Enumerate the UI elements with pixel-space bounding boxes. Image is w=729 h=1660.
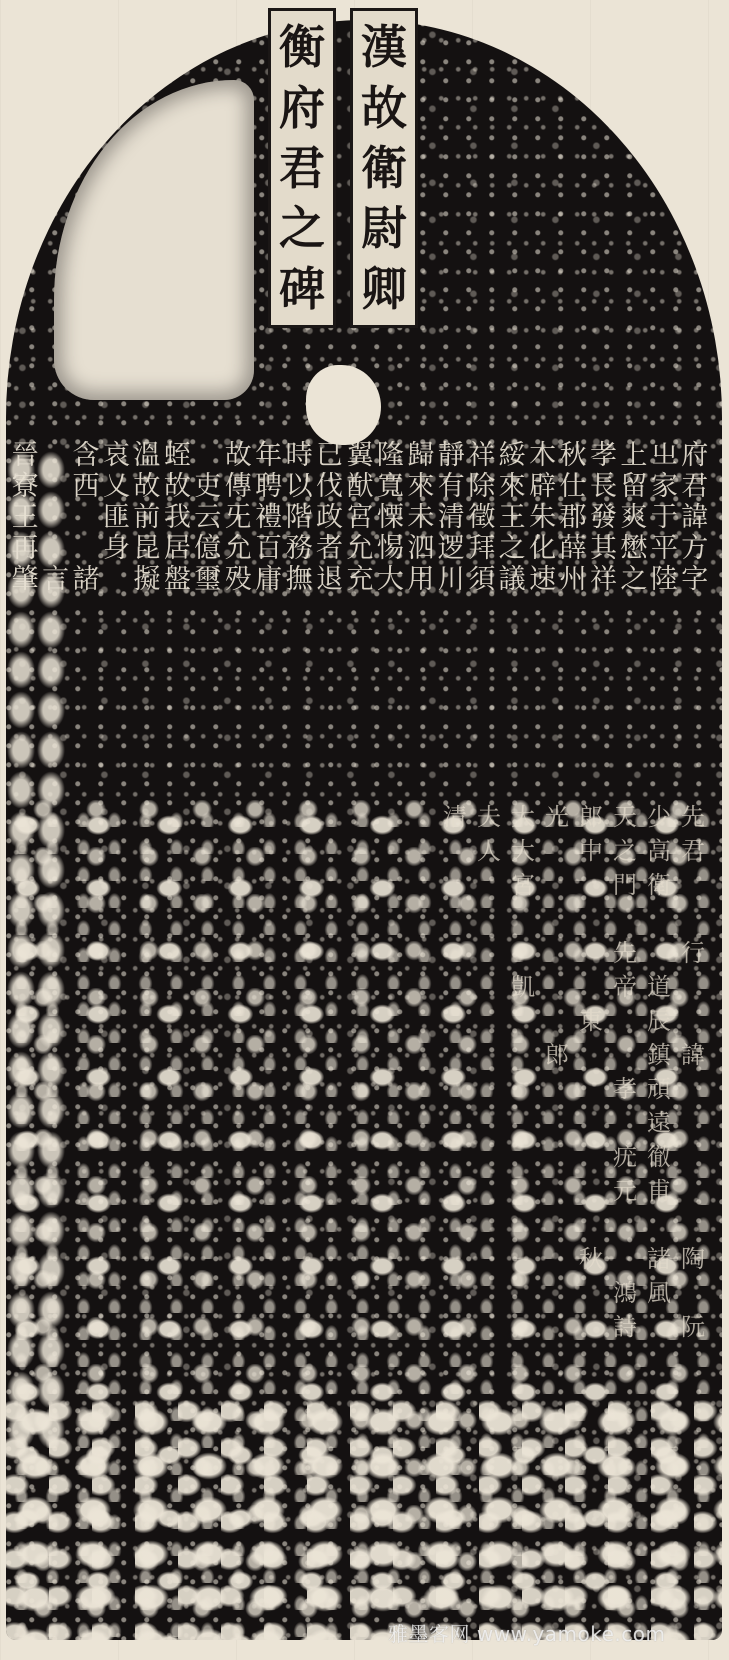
inscription-char: 化 [529,533,556,564]
inscription-column: 已伐政者退 [314,440,344,770]
inscription-char: 秋 [560,440,587,471]
inscription-char: 有 [438,471,465,502]
inscription-char: 上 [620,440,647,471]
inscription-char: 甫 [647,1174,671,1208]
inscription-column: 年聘禮百庸 [253,440,283,770]
inscription-char: 秋 [579,1242,603,1276]
inscription-char: 階 [286,502,313,533]
title-char: 府 [279,85,325,131]
lower-inscription-column: 夫人 [472,800,506,1360]
inscription-column: 祥除徵拜須 [467,440,497,770]
inscription-char: 孝 [590,440,617,471]
inscription-char: 充 [346,564,373,595]
inscription-column: 蛭故我居盤 [162,440,192,770]
inscription-char: 億 [194,533,221,564]
inscription-char: 殁 [225,564,252,595]
title-char: 之 [279,205,325,251]
inscription-column: 㞢家于平陸 [649,440,679,770]
inscription-char: 元 [613,1174,637,1208]
inscription-char: 含 [73,440,100,471]
inscription-char: 爽 [620,502,647,533]
inscription-column: 溫故前昆擬 [132,440,162,770]
inscription-char: 平 [651,533,678,564]
inscription-char: 庸 [255,564,282,595]
inscription-char: 郎 [579,800,603,834]
title-column-right: 漢 故 衛 尉 卿 [350,8,418,328]
inscription-char: 君 [681,834,705,868]
inscription-char: 肇 [12,564,39,595]
inscription-char: 長 [590,471,617,502]
inscription-char: 遠 [647,1106,671,1140]
inscription-char: 君 [681,471,708,502]
inscription-char: 宮 [346,502,373,533]
inscription-column: 隆寬慄惕大 [375,440,405,770]
inscription-char: 翼 [346,440,373,471]
inscription-char: 猷 [346,471,373,502]
inscription-char: 年 [255,440,282,471]
inscription-column: 孝長發其祥 [588,440,618,770]
inscription-char: 隆 [377,440,404,471]
lower-inscription-column: 天之門先帝孝疣元鴻詩 [608,800,642,1360]
inscription-char: 傳 [225,471,252,502]
inscription-char: 故 [164,471,191,502]
inscription-char: 朱 [529,502,556,533]
inscription-column: 含西諸 [71,440,101,770]
inscription-char: 凱 [511,970,535,1004]
inscription-char: 溫 [133,440,160,471]
inscription-char: 惕 [377,533,404,564]
inscription-char: 祥 [590,564,617,595]
inscription-char: 行 [681,936,705,970]
bottom-wear [6,1400,722,1640]
inscription-char: 川 [438,564,465,595]
inscription-char: 發 [590,502,617,533]
inscription-char: 諸 [647,1242,671,1276]
title-char: 衡 [279,24,325,70]
inscription-char: 我 [164,502,191,533]
inscription-column: 上留爽懋之 [619,440,649,770]
inscription-char: 居 [164,533,191,564]
lower-inscription-column: 先君行諱陶阮 [676,800,710,1360]
inscription-char: 璽 [194,564,221,595]
inscription-char: 門 [613,868,637,902]
inscription-char: 光 [545,800,569,834]
inscription-column: 靜有清逻川 [436,440,466,770]
inscription-char: 清 [438,502,465,533]
lower-inscription-column: 郎中東秋 [574,800,608,1360]
inscription-char: 諸 [73,564,100,595]
inscription-char: 之 [620,564,647,595]
inscription-char: 來 [407,471,434,502]
inscription-char: 人 [477,834,501,868]
inscription-char: 來 [499,471,526,502]
inscription-char: 東 [579,1004,603,1038]
inscription-char: 中 [579,834,603,868]
inscription-char: 拜 [468,533,495,564]
inscription-char: 㞢 [651,440,678,471]
inscription-char: 云 [194,502,221,533]
inscription-char: 時 [286,440,313,471]
inscription-char: 木 [529,440,556,471]
inscription-char: 郎 [545,1038,569,1072]
inscription-char: 言 [42,564,69,595]
lower-inscription-column: 清 [438,800,472,1360]
title-column-left: 衡 府 君 之 碑 [268,8,336,328]
inscription-char: 靜 [438,440,465,471]
inscription-char: 王 [12,502,39,533]
inscription-char: 逻 [438,533,465,564]
inscription-char: 孝 [613,1072,637,1106]
inscription-char: 大 [511,800,535,834]
inscription-char: 家 [651,471,678,502]
inscription-char: 府 [681,440,708,471]
inscription-char: 伐 [316,471,343,502]
inscription-char: 哀 [103,440,130,471]
lower-inscription-column [404,800,438,1360]
inscription-char: 退 [316,564,343,595]
inscription-char: 清 [443,800,467,834]
title-char: 尉 [361,205,407,251]
inscription-char: 禮 [255,502,282,533]
inscription-char: 慄 [377,502,404,533]
inscription-char: 字 [681,564,708,595]
inscription-char: 徵 [468,502,495,533]
inscription-char: 先 [681,800,705,834]
inscription-char: 諱 [681,1038,705,1072]
inscription-char: 泗 [407,533,434,564]
inscription-char: 大 [511,834,535,868]
inscription-char: 辰 [647,1004,671,1038]
inscription-char: 懋 [620,533,647,564]
title-char: 衛 [361,145,407,191]
inscription-char: 方 [681,533,708,564]
inscription-char: 故 [133,471,160,502]
inscription-char: 晉 [12,440,39,471]
inscription-column: 府君諱方字 [680,440,710,770]
inscription-char: 鎮 [647,1038,671,1072]
inscription-char: 身 [103,533,130,564]
inscription-char: 祥 [468,440,495,471]
inscription-char: 鴻 [613,1276,637,1310]
title-char: 漢 [361,24,407,70]
inscription-char: 薛 [560,533,587,564]
inscription-char: 阮 [681,1310,705,1344]
inscription-char: 帝 [613,970,637,1004]
inscription-char: 辟 [529,471,556,502]
inscription-char: 州 [560,564,587,595]
inscription-char: 之 [499,533,526,564]
inscription-char: 者 [316,533,343,564]
inscription-char: 道 [647,970,671,1004]
inscription-char: 夫 [477,800,501,834]
inscription-char: 旡 [225,502,252,533]
inscription-char: 先 [613,936,637,970]
lower-inscription-column: 光郎 [540,800,574,1360]
inscription-char: 吏 [194,471,221,502]
inscription-char: 撫 [286,564,313,595]
inscription-char: 務 [286,533,313,564]
inscription-char: 須 [468,564,495,595]
inscription-char: 速 [529,564,556,595]
inscription-column: 言 [40,440,70,770]
inscription-char: 徹 [647,1140,671,1174]
inscription-char: 匪 [103,502,130,533]
inscription-char: 于 [651,502,678,533]
inscription-char: 允 [225,533,252,564]
inscription-char: 蛭 [164,440,191,471]
inscription-char: 西 [73,471,100,502]
inscription-char: 天 [613,800,637,834]
inscription-char: 其 [590,533,617,564]
inscription-char: 頑 [647,1072,671,1106]
lower-inscription: 先君行諱陶阮少高衛道辰鎮頑遠徹甫諸風天之門先帝孝疣元鴻詩郎中東秋光郎大大宮凱夫人… [20,800,710,1360]
inscription-char: 聘 [255,471,282,502]
title-char: 君 [279,145,325,191]
inscription-char: 百 [255,533,282,564]
inscription-char: 政 [316,502,343,533]
inscription-char: 除 [468,471,495,502]
inscription-char: 乂 [103,471,130,502]
inscription-char: 高 [647,834,671,868]
inscription-column: 木辟朱化速 [527,440,557,770]
inscription-char: 前 [133,502,160,533]
inscription-char: 衛 [647,868,671,902]
inscription-char: 詩 [613,1310,637,1344]
inscription-column: 時以階務撫 [284,440,314,770]
inscription-char: 陸 [651,564,678,595]
lower-inscription-column: 少高衛道辰鎮頑遠徹甫諸風 [642,800,676,1360]
title-char: 卿 [361,266,407,312]
inscription-char: 已 [316,440,343,471]
inscription-char: 寮 [12,471,39,502]
inscription-char: 風 [647,1276,671,1310]
inscription-column: 吏云億璽 [193,440,223,770]
watermark: 雅墨客网 www.yamoke.com [388,1618,666,1647]
inscription-column: 綏來王之議 [497,440,527,770]
inscription-char: 未 [407,502,434,533]
inscription-char: 故 [225,440,252,471]
damaged-hole [306,365,381,445]
inscription-column: 秋仕郡薛州 [558,440,588,770]
inscription-column: 晉寮王再肇 [10,440,40,770]
inscription-body: 府君諱方字㞢家于平陸上留爽懋之孝長發其祥秋仕郡薛州木辟朱化速綏來王之議祥除徵拜須… [10,440,710,770]
inscription-char: 諱 [681,502,708,533]
inscription-char: 歸 [407,440,434,471]
inscription-char: 郡 [560,502,587,533]
lower-inscription-column: 大大宮凱 [506,800,540,1360]
inscription-char: 議 [499,564,526,595]
inscription-char: 允 [346,533,373,564]
inscription-char: 宮 [511,868,535,902]
inscription-char: 擬 [133,564,160,595]
inscription-column: 歸來未泗用 [406,440,436,770]
inscription-char: 綏 [499,440,526,471]
inscription-char: 少 [647,800,671,834]
inscription-char: 盤 [164,564,191,595]
title-char: 故 [361,85,407,131]
inscription-char: 疣 [613,1140,637,1174]
inscription-char: 寬 [377,471,404,502]
inscription-char: 再 [12,533,39,564]
inscription-char: 大 [377,564,404,595]
inscription-column: 翼猷宮允充 [345,440,375,770]
inscription-char: 陶 [681,1242,705,1276]
inscription-char: 之 [613,834,637,868]
inscription-column: 哀乂匪身 [101,440,131,770]
inscription-char: 以 [286,471,313,502]
inscription-char: 昆 [133,533,160,564]
title-char: 碑 [279,266,325,312]
stele-title-panel: 漢 故 衛 尉 卿 衡 府 君 之 碑 [258,8,418,338]
inscription-char: 用 [407,564,434,595]
inscription-column: 故傳旡允殁 [223,440,253,770]
inscription-char: 留 [620,471,647,502]
inscription-char: 仕 [560,471,587,502]
inscription-char: 王 [499,502,526,533]
